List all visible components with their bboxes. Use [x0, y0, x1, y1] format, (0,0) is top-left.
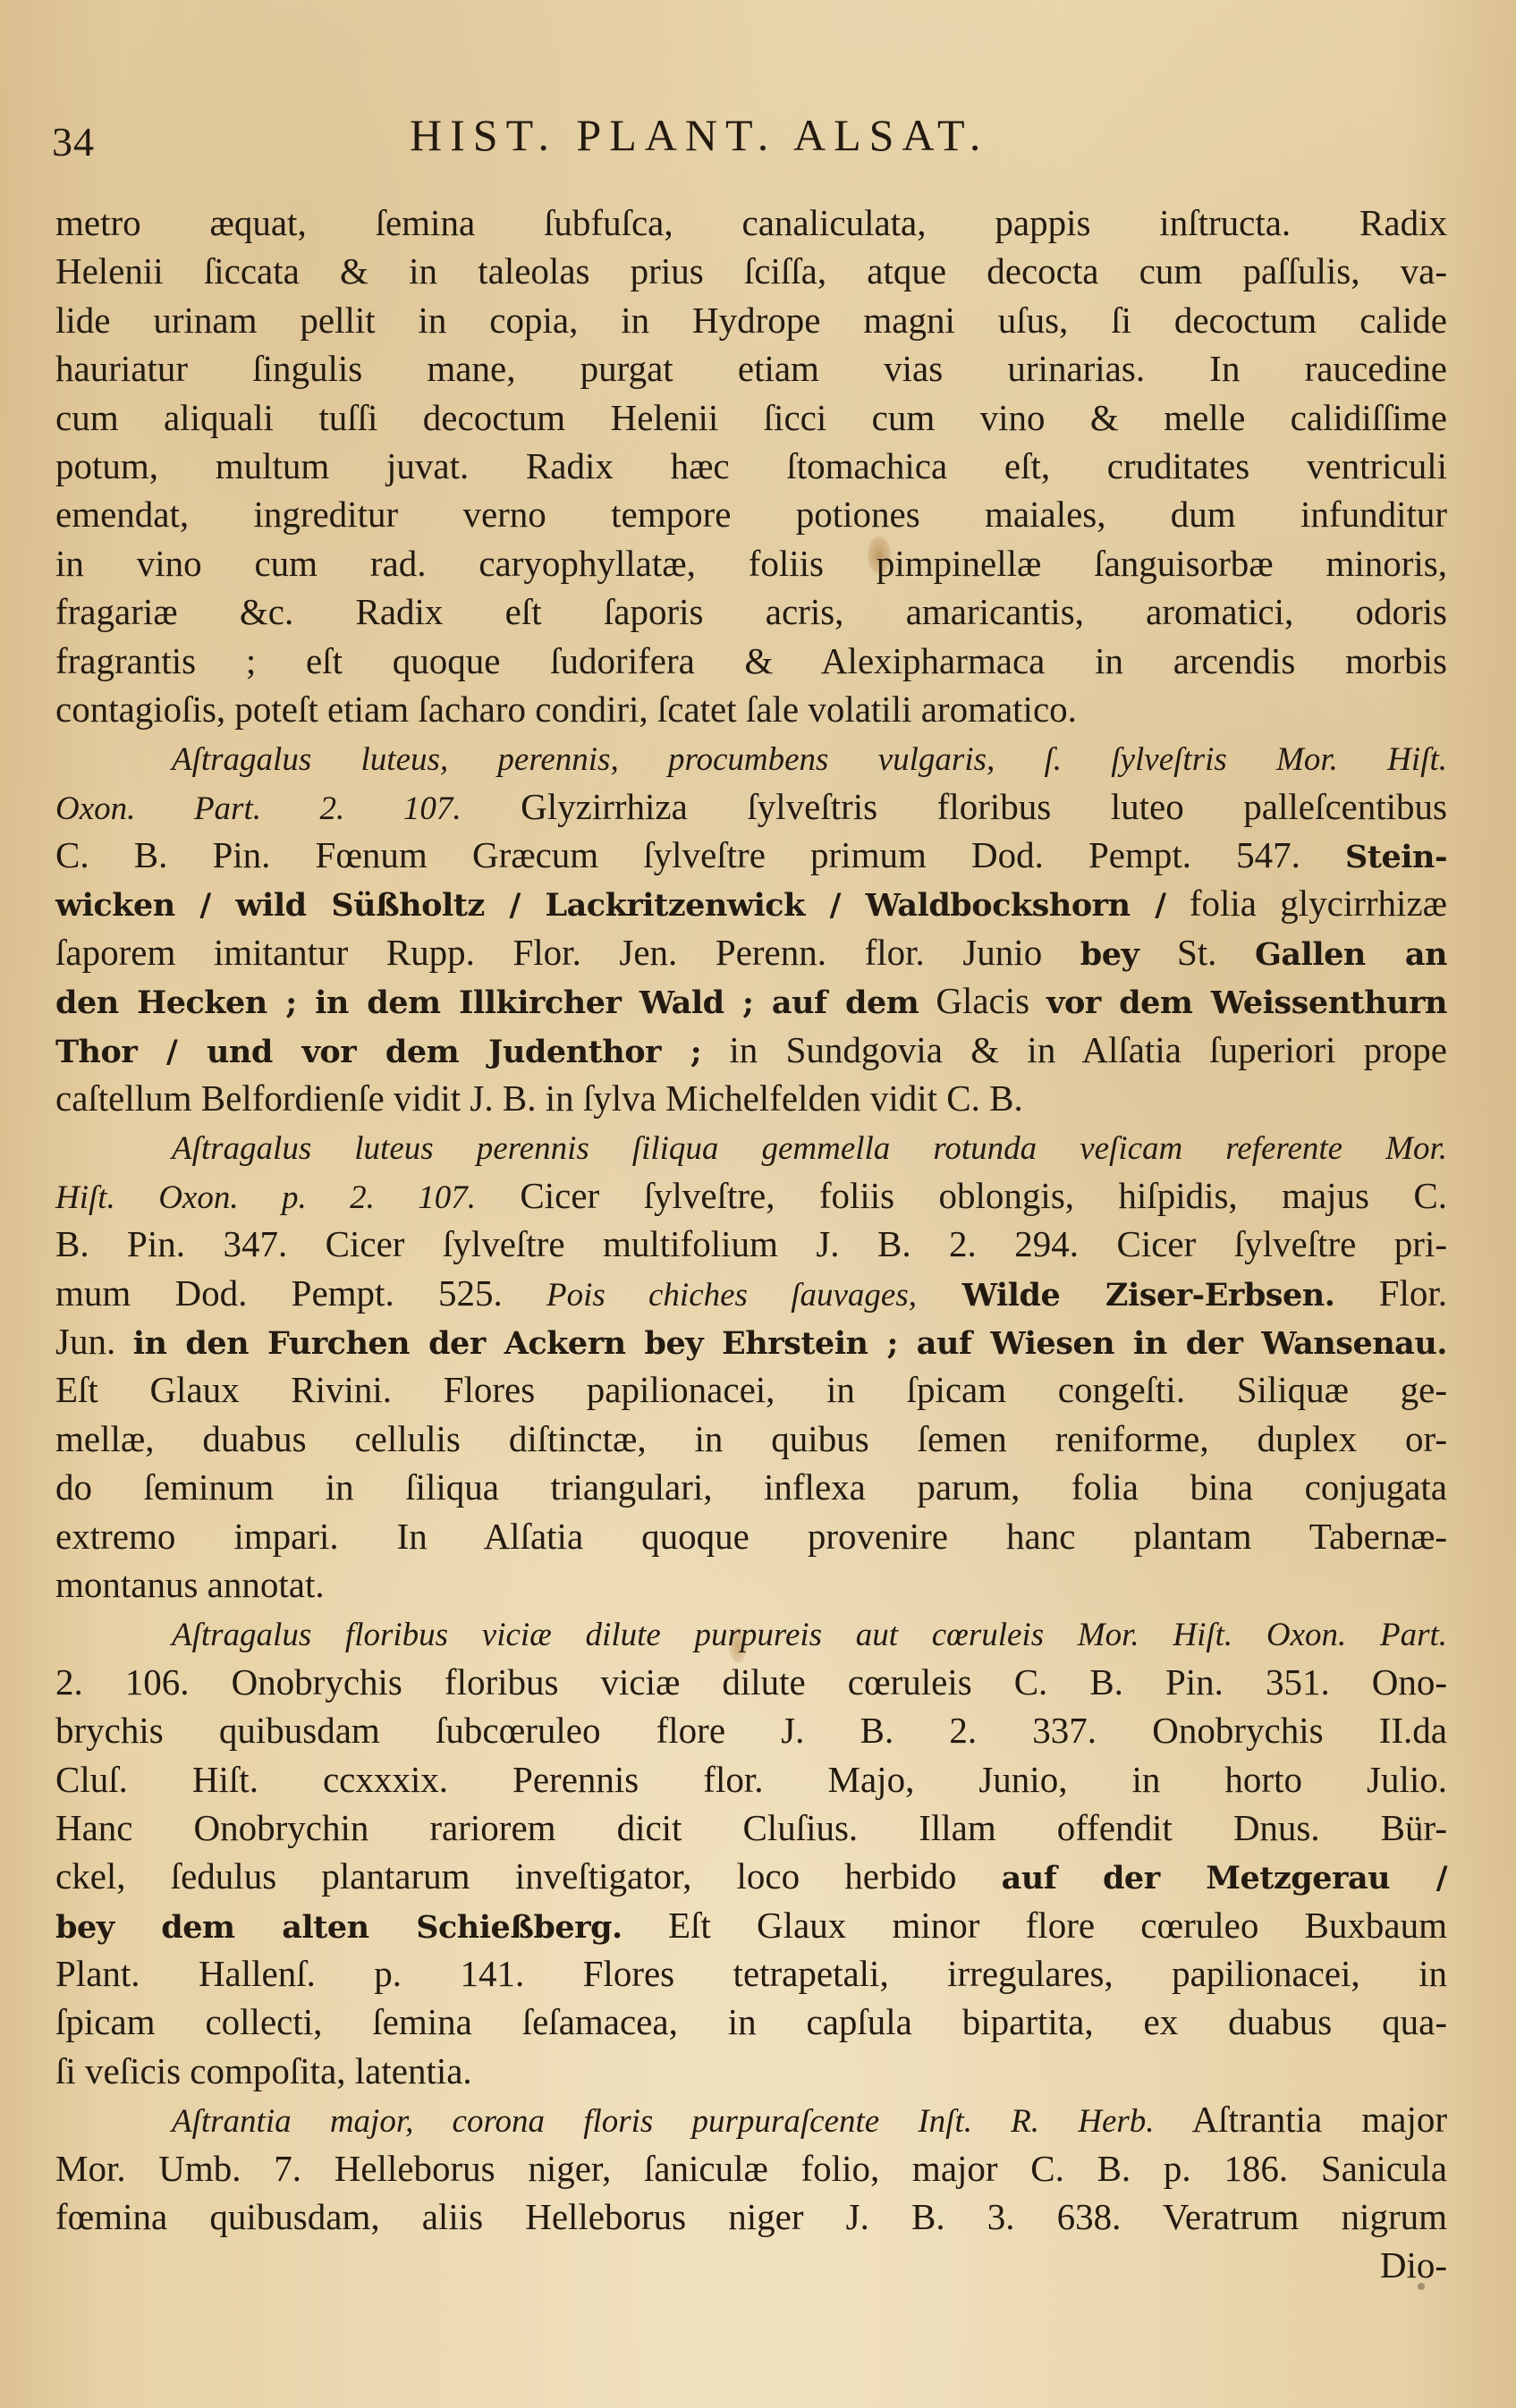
text-line: Aſtragalus floribus viciæ dilute purpure… [55, 1609, 1447, 1657]
body-text: metro æquat, ſemina ſubfuſca, canalicula… [55, 199, 1447, 2290]
text-line: lide urinam pellit in copia, in Hydrope … [55, 296, 1447, 344]
italic-citation: Oxon. Part. 2. 107. [55, 790, 462, 827]
roman-text: Dio- [1380, 2244, 1447, 2285]
roman-text: Helenii ſiccata & in taleolas prius ſciſ… [55, 250, 1447, 291]
roman-text: Cluſ. Hiſt. ccxxxix. Perennis flor. Majo… [55, 1759, 1447, 1800]
roman-text: Glyzirrhiza ſylveſtris floribus luteo pa… [462, 786, 1447, 827]
italic-citation: Aſtragalus luteus, perennis, procumbens … [172, 741, 1447, 778]
text-line: in vino cum rad. caryophyllatæ, foliis p… [55, 539, 1447, 587]
roman-text: Aſtrantia major [1155, 2099, 1447, 2140]
text-line: Thor / und vor dem Judenthor ; in Sundgo… [55, 1026, 1447, 1074]
text-line: mellæ, duabus cellulis diſtinctæ, in qui… [55, 1415, 1447, 1463]
text-line: Dio- [55, 2241, 1447, 2289]
text-line: brychis quibusdam ſubcœruleo flore J. B.… [55, 1706, 1447, 1754]
roman-text: Plant. Hallenſ. p. 141. Flores tetrapeta… [55, 1953, 1447, 1994]
fraktur-text: wicken / wild Süßholtz / Lackritzenwick … [55, 887, 1166, 924]
text-line: Aſtragalus luteus perennis ſiliqua gemme… [55, 1122, 1447, 1170]
text-line: fœmina quibusdam, aliis Helleborus niger… [55, 2193, 1447, 2241]
roman-text: Eſt Glaux minor flore cœruleo Buxbaum [622, 1905, 1447, 1946]
text-line: Plant. Hallenſ. p. 141. Flores tetrapeta… [55, 1949, 1447, 1998]
roman-text: fœmina quibusdam, aliis Helleborus niger… [55, 2196, 1447, 2237]
roman-text: hauriatur ſingulis mane, purgat etiam vi… [55, 348, 1447, 389]
roman-text: folia glycirrhizæ [1166, 883, 1447, 924]
roman-text: emendat, ingreditur verno tempore potion… [55, 494, 1447, 535]
roman-text: Mor. Umb. 7. Helleborus niger, ſaniculæ … [55, 2148, 1447, 2189]
roman-text: ſpicam collecti, ſemina ſeſamacea, in ca… [55, 2001, 1447, 2042]
roman-text: in Sundgovia & in Alſatia ſuperiori prop… [701, 1029, 1447, 1070]
roman-text: in vino cum rad. caryophyllatæ, foliis p… [55, 543, 1447, 584]
page-number: 34 [52, 118, 95, 165]
roman-text: St. [1139, 932, 1255, 973]
roman-text: lide urinam pellit in copia, in Hydrope … [55, 300, 1447, 341]
roman-text: extremo impari. In Alſatia quoque proven… [55, 1516, 1447, 1557]
text-line: extremo impari. In Alſatia quoque proven… [55, 1512, 1447, 1560]
fraktur-text: bey dem alten Schießberg. [55, 1909, 622, 1946]
fraktur-text: bey [1080, 936, 1139, 973]
fraktur-text: Wilde Ziser-Erbsen. [917, 1277, 1334, 1314]
roman-text: Flor. [1334, 1272, 1447, 1314]
text-line: C. B. Pin. Fœnum Græcum ſylveſtre primum… [55, 831, 1447, 879]
roman-text: Jun. [55, 1321, 133, 1362]
fraktur-text: vor dem Weissenthurn [1046, 984, 1447, 1021]
roman-text: mum Dod. Pempt. 525. [55, 1272, 546, 1314]
roman-text: do ſeminum in ſiliqua triangulari, infle… [55, 1466, 1447, 1508]
roman-text: C. B. Pin. Fœnum Græcum ſylveſtre primum… [55, 834, 1345, 875]
book-page: 34 HIST. PLANT. ALSAT. metro æquat, ſemi… [0, 0, 1516, 2408]
roman-text: Cicer ſylveſtre, foliis oblongis, hiſpid… [476, 1175, 1447, 1216]
text-line: hauriatur ſingulis mane, purgat etiam vi… [55, 344, 1447, 393]
roman-text: Glacis [919, 980, 1046, 1021]
italic-citation: Pois chiches ſauvages, [546, 1277, 917, 1314]
roman-text: Hanc Onobrychin rariorem dicit Cluſius. … [55, 1807, 1447, 1848]
text-line: Hiſt. Oxon. p. 2. 107. Cicer ſylveſtre, … [55, 1171, 1447, 1220]
page-header: 34 HIST. PLANT. ALSAT. [52, 106, 1447, 168]
running-title: HIST. PLANT. ALSAT. [410, 109, 988, 161]
text-line: Cluſ. Hiſt. ccxxxix. Perennis flor. Majo… [55, 1755, 1447, 1804]
text-line: caſtellum Belfordienſe vidit J. B. in ſy… [55, 1074, 1447, 1122]
text-line: cum aliquali tuſſi decoctum Helenii ſicc… [55, 393, 1447, 442]
roman-text: Eſt Glaux Rivini. Flores papilionacei, i… [55, 1369, 1447, 1410]
text-line: Aſtragalus luteus, perennis, procumbens … [55, 733, 1447, 782]
text-line: wicken / wild Süßholtz / Lackritzenwick … [55, 879, 1447, 927]
italic-citation: Hiſt. Oxon. p. 2. 107. [55, 1179, 476, 1216]
roman-text: brychis quibusdam ſubcœruleo flore J. B.… [55, 1710, 1447, 1751]
text-line: do ſeminum in ſiliqua triangulari, infle… [55, 1463, 1447, 1511]
text-line: Helenii ſiccata & in taleolas prius ſciſ… [55, 247, 1447, 295]
roman-text: 2. 106. Onobrychis floribus viciæ dilute… [55, 1661, 1447, 1702]
text-line: ckel, ſedulus plantarum inveſtigator, lo… [55, 1852, 1447, 1900]
text-line: metro æquat, ſemina ſubfuſca, canalicula… [55, 199, 1447, 247]
text-line: Mor. Umb. 7. Helleborus niger, ſaniculæ … [55, 2144, 1447, 2193]
text-line: potum, multum juvat. Radix hæc ſtomachic… [55, 442, 1447, 490]
text-line: emendat, ingreditur verno tempore potion… [55, 490, 1447, 538]
text-line: den Hecken ; in dem Illkircher Wald ; au… [55, 976, 1447, 1025]
text-line: Oxon. Part. 2. 107. Glyzirrhiza ſylveſtr… [55, 782, 1447, 831]
text-line: ſpicam collecti, ſemina ſeſamacea, in ca… [55, 1998, 1447, 2046]
text-line: 2. 106. Onobrychis floribus viciæ dilute… [55, 1658, 1447, 1706]
text-line: fragariæ &c. Radix eſt ſaporis acris, am… [55, 587, 1447, 636]
roman-text: potum, multum juvat. Radix hæc ſtomachic… [55, 445, 1447, 486]
text-line: Jun. in den Furchen der Ackern bey Ehrst… [55, 1317, 1447, 1365]
fraktur-text: den Hecken ; in dem Illkircher Wald ; au… [55, 984, 919, 1021]
text-line: contagioſis, poteſt etiam ſacharo condir… [55, 685, 1447, 733]
roman-text: B. Pin. 347. Cicer ſylveſtre multifolium… [55, 1223, 1447, 1264]
text-line: Hanc Onobrychin rariorem dicit Cluſius. … [55, 1804, 1447, 1852]
fraktur-text: in den Furchen der Ackern bey Ehrstein ;… [133, 1325, 1447, 1362]
roman-text: ſi veſicis compoſita, latentia. [55, 2050, 472, 2091]
roman-text: montanus annotat. [55, 1564, 325, 1605]
roman-text: mellæ, duabus cellulis diſtinctæ, in qui… [55, 1418, 1447, 1459]
italic-citation: Aſtragalus luteus perennis ſiliqua gemme… [172, 1130, 1447, 1167]
text-line: mum Dod. Pempt. 525. Pois chiches ſauvag… [55, 1269, 1447, 1317]
text-line: bey dem alten Schießberg. Eſt Glaux mino… [55, 1901, 1447, 1949]
fraktur-text: Thor / und vor dem Judenthor ; [55, 1034, 701, 1070]
text-line: B. Pin. 347. Cicer ſylveſtre multifolium… [55, 1220, 1447, 1268]
italic-citation: Aſtragalus floribus viciæ dilute purpure… [172, 1617, 1447, 1653]
fraktur-text: Gallen an [1255, 936, 1447, 973]
text-line: Eſt Glaux Rivini. Flores papilionacei, i… [55, 1365, 1447, 1414]
text-line: ſi veſicis compoſita, latentia. [55, 2047, 1447, 2095]
roman-text: metro æquat, ſemina ſubfuſca, canalicula… [55, 202, 1447, 243]
roman-text: contagioſis, poteſt etiam ſacharo condir… [55, 689, 1077, 730]
fraktur-text: auf der Metzgerau / [1002, 1860, 1447, 1897]
text-line: fragrantis ; eſt quoque ſudorifera & Ale… [55, 637, 1447, 685]
text-line: montanus annotat. [55, 1560, 1447, 1609]
roman-text: ſaporem imitantur Rupp. Flor. Jen. Peren… [55, 932, 1080, 973]
italic-citation: Aſtrantia major, corona floris purpuraſc… [172, 2103, 1155, 2140]
roman-text: fragrantis ; eſt quoque ſudorifera & Ale… [55, 640, 1447, 681]
text-line: Aſtrantia major, corona floris purpuraſc… [55, 2095, 1447, 2143]
fraktur-text: Stein- [1345, 839, 1447, 875]
roman-text: fragariæ &c. Radix eſt ſaporis acris, am… [55, 591, 1447, 632]
roman-text: cum aliquali tuſſi decoctum Helenii ſicc… [55, 397, 1447, 438]
roman-text: caſtellum Belfordienſe vidit J. B. in ſy… [55, 1077, 1023, 1119]
text-line: ſaporem imitantur Rupp. Flor. Jen. Peren… [55, 928, 1447, 976]
roman-text: ckel, ſedulus plantarum inveſtigator, lo… [55, 1855, 1002, 1897]
